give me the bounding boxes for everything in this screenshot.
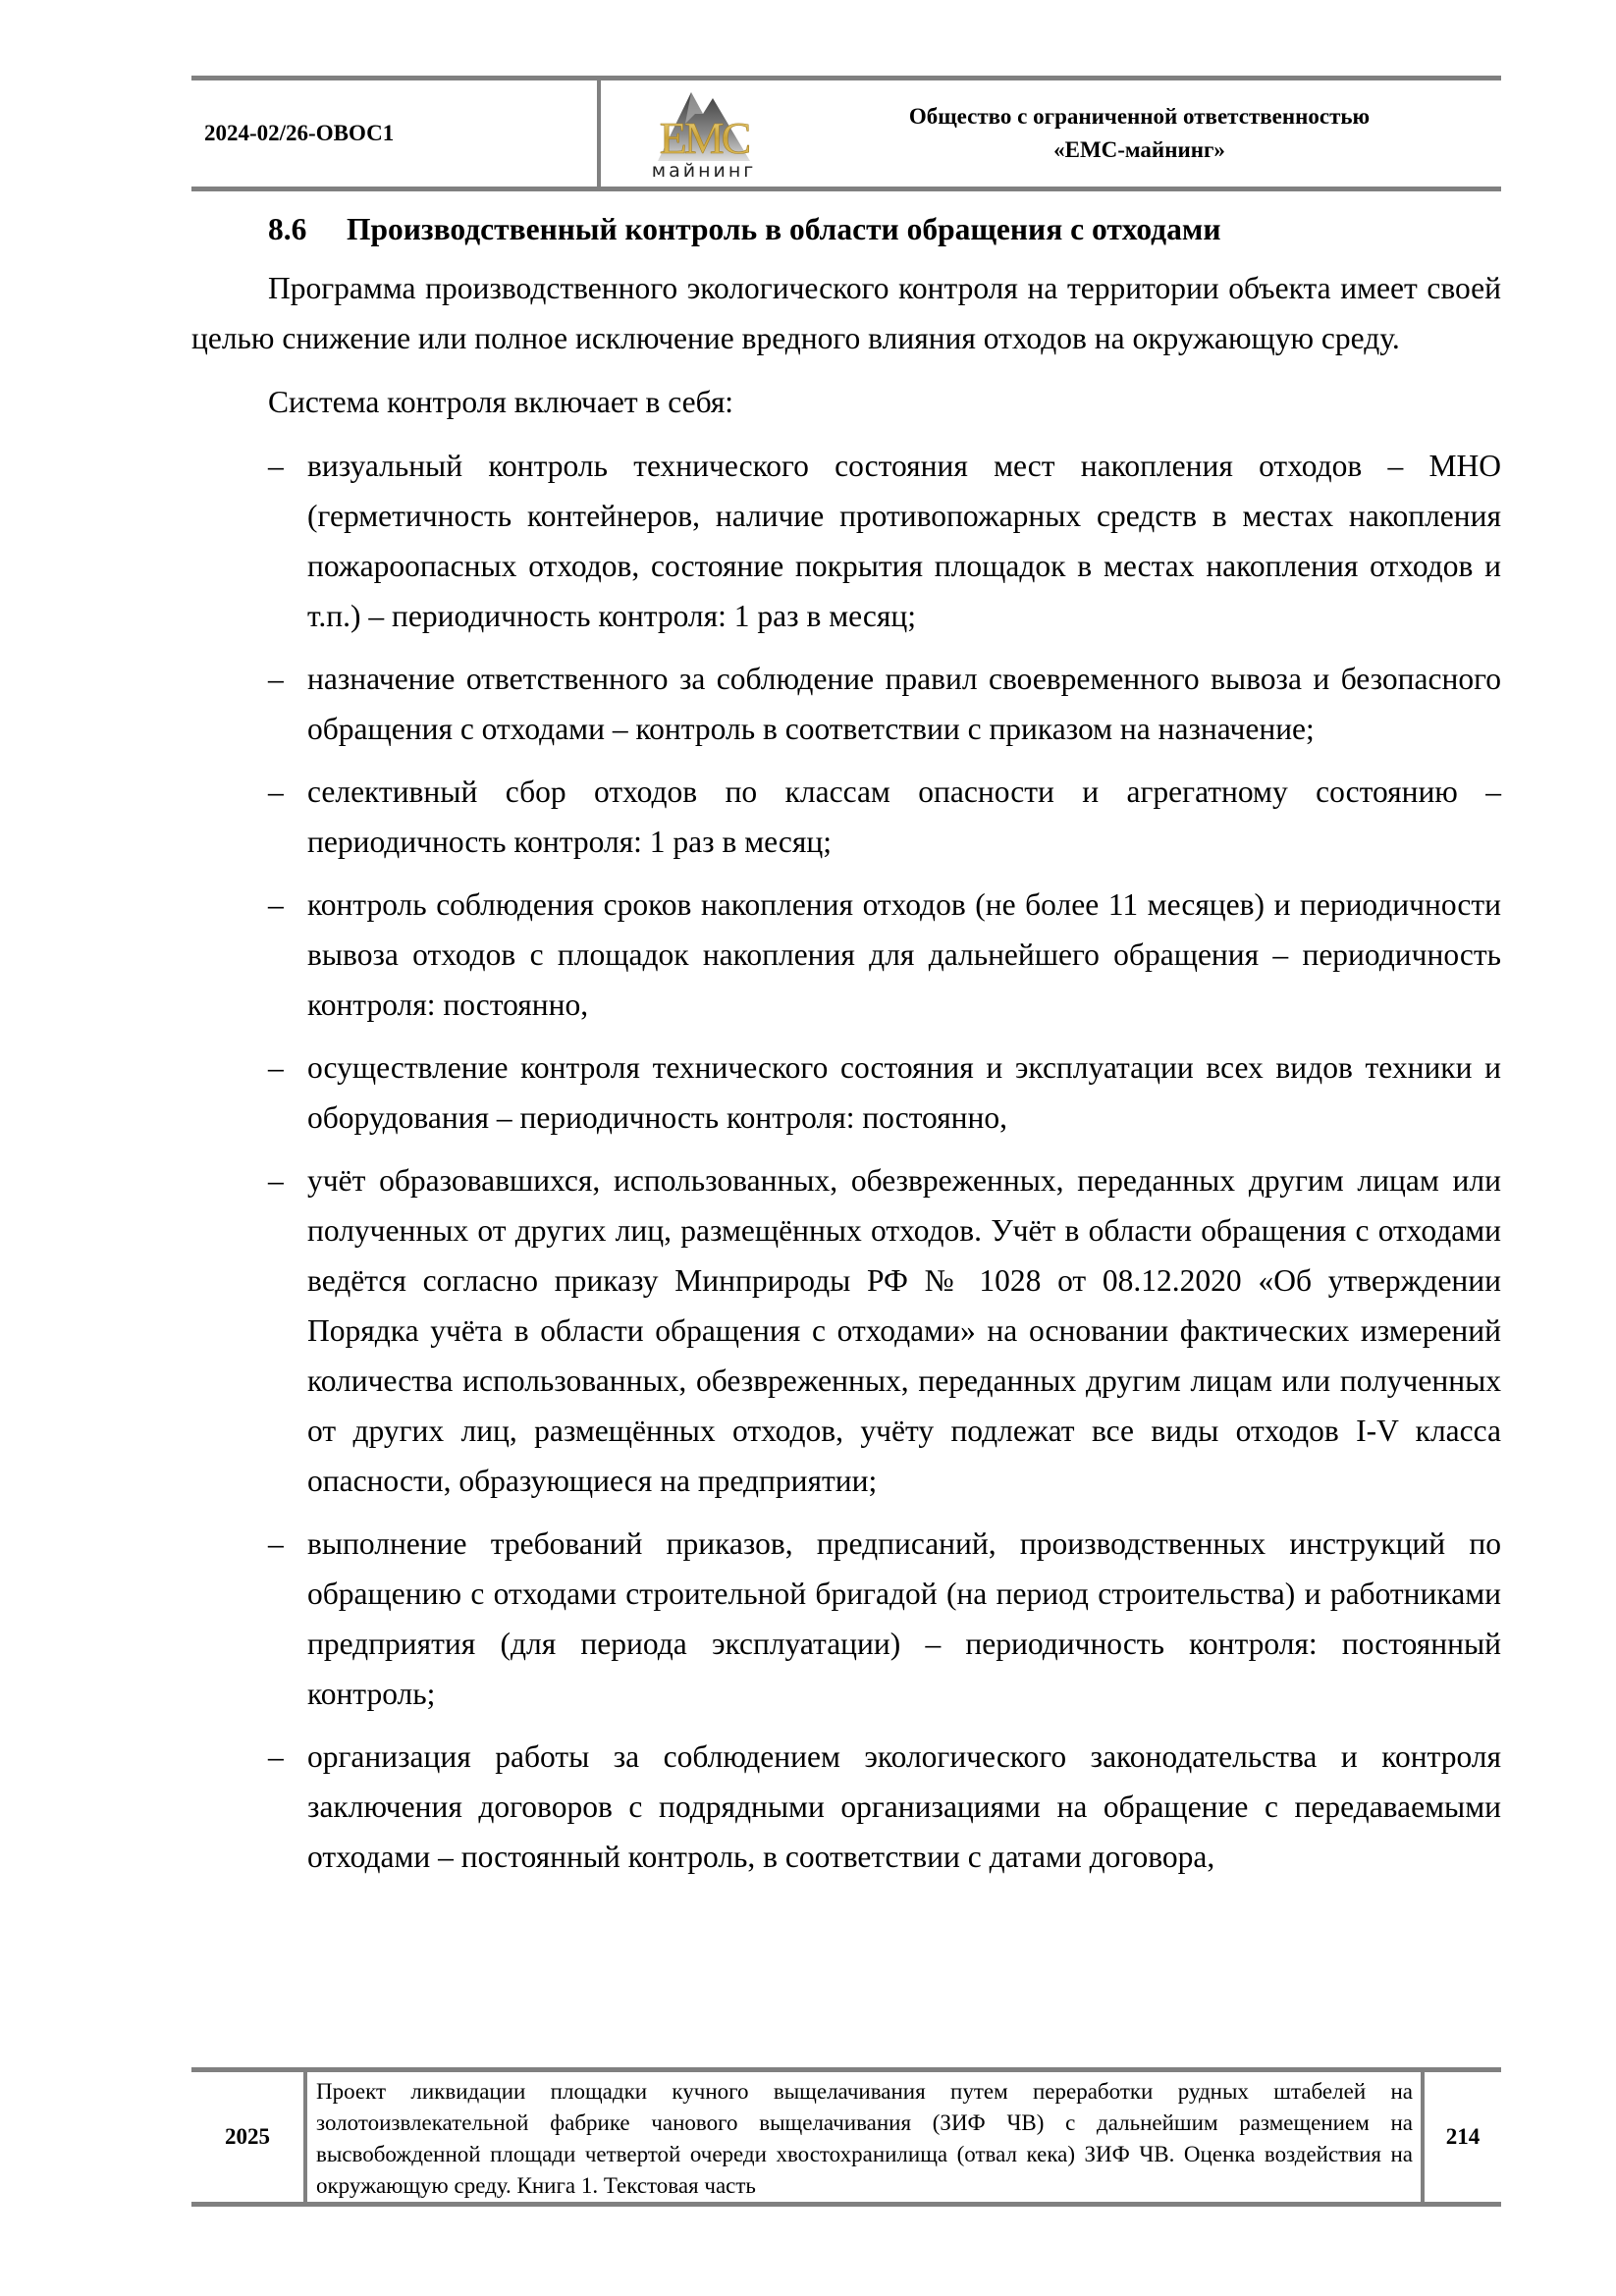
- dash-bullet-icon: –: [268, 1042, 284, 1093]
- dash-bullet-icon: –: [268, 1732, 284, 1782]
- list-item-text: контроль соблюдения сроков накопления от…: [307, 887, 1501, 1022]
- list-item: –выполнение требований приказов, предпис…: [191, 1519, 1501, 1719]
- list-item-text: организация работы за соблюдением эколог…: [307, 1739, 1501, 1874]
- list-item-text: визуальный контроль технического состоян…: [307, 449, 1501, 633]
- dash-bullet-icon: –: [268, 441, 284, 491]
- list-item: –селективный сбор отходов по классам опа…: [191, 767, 1501, 867]
- page-footer: 2025 Проект ликвидации площадки кучного …: [191, 2067, 1501, 2207]
- page-number: 214: [1425, 2072, 1501, 2202]
- company-logo: ЕМС майнинг: [601, 80, 807, 187]
- intro-paragraph: Программа производственного экологическо…: [191, 263, 1501, 363]
- list-item: –контроль соблюдения сроков накопления о…: [191, 880, 1501, 1030]
- list-intro: Система контроля включает в себя:: [191, 377, 1501, 427]
- dash-bullet-icon: –: [268, 880, 284, 930]
- dash-bullet-icon: –: [268, 654, 284, 704]
- dash-bullet-icon: –: [268, 767, 284, 817]
- page-header: 2024-02/26-ОВОС1 ЕМС майнинг Общест: [191, 76, 1501, 191]
- list-item-text: назначение ответственного за соблюдение …: [307, 662, 1501, 746]
- control-measures-list: –визуальный контроль технического состоя…: [191, 441, 1501, 1882]
- mountain-logo-icon: ЕМС майнинг: [630, 84, 778, 183]
- svg-text:майнинг: майнинг: [652, 160, 757, 182]
- document-code: 2024-02/26-ОВОС1: [191, 80, 601, 187]
- dash-bullet-icon: –: [268, 1519, 284, 1569]
- section-title: Производственный контроль в области обра…: [347, 204, 1220, 255]
- organization-name: Общество с ограниченной ответственностью…: [807, 80, 1501, 187]
- organization-line-1: Общество с ограниченной ответственностью: [909, 100, 1370, 133]
- list-item-text: учёт образовавшихся, использованных, обе…: [307, 1163, 1501, 1498]
- section-number: 8.6: [268, 204, 347, 255]
- list-item-text: осуществление контроля технического сост…: [307, 1050, 1501, 1135]
- dash-bullet-icon: –: [268, 1155, 284, 1205]
- list-item: –организация работы за соблюдением эколо…: [191, 1732, 1501, 1882]
- svg-text:ЕМС: ЕМС: [660, 113, 750, 163]
- list-item-text: выполнение требований приказов, предписа…: [307, 1526, 1501, 1711]
- list-item-text: селективный сбор отходов по классам опас…: [307, 774, 1501, 859]
- organization-line-2: «ЕМС-майнинг»: [1053, 133, 1225, 167]
- document-body: 8.6 Производственный контроль в области …: [191, 204, 1501, 1895]
- list-item: –учёт образовавшихся, использованных, об…: [191, 1155, 1501, 1506]
- list-item: –назначение ответственного за соблюдение…: [191, 654, 1501, 754]
- list-item: –визуальный контроль технического состоя…: [191, 441, 1501, 641]
- section-heading: 8.6 Производственный контроль в области …: [191, 204, 1501, 255]
- footer-year: 2025: [191, 2072, 307, 2202]
- list-item: –осуществление контроля технического сос…: [191, 1042, 1501, 1143]
- footer-project-title: Проект ликвидации площадки кучного выщел…: [307, 2072, 1425, 2202]
